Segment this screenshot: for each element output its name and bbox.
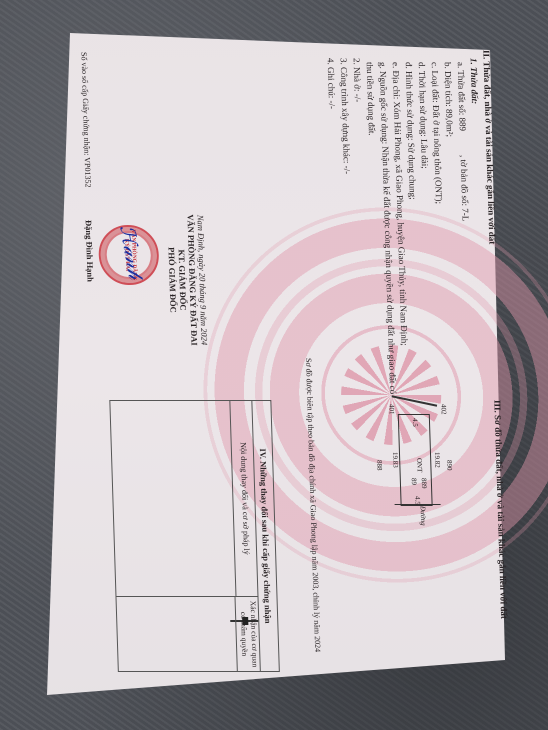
table-divider bbox=[116, 596, 236, 597]
changes-column-confirmation: Xác nhận của cơ quan có thẩm quyền bbox=[235, 597, 261, 671]
parcel-number: 889 bbox=[420, 478, 428, 489]
parcel-area: 89 bbox=[410, 478, 418, 485]
road-label: Đường bbox=[419, 506, 428, 526]
side-left-length: 19.83 bbox=[391, 452, 399, 468]
changes-table: IV. Những thay đổi sau khi cấp giấy chứn… bbox=[109, 400, 280, 672]
plot-diagram: 402 401 4.5 19.82 19.83 ONT 889 89 4.5 8… bbox=[341, 400, 455, 520]
certificate-sheet: II. Thửa đất, nhà ở và tài sản khác gắn … bbox=[0, 0, 548, 730]
parcel-land-type: ONT bbox=[415, 458, 423, 472]
neighbor-right: 890 bbox=[445, 460, 453, 471]
neighbor-top-right: 401 bbox=[387, 404, 395, 415]
certificate-serial: Số vào sổ cấp Giấy chứng nhận: VP01352 bbox=[79, 52, 92, 188]
neighbor-top-left: 402 bbox=[439, 404, 447, 415]
bottom-width: 4.5 bbox=[413, 496, 421, 505]
side-right-length: 19.82 bbox=[433, 452, 441, 468]
section-land-info: II. Thửa đất, nhà ở và tài sản khác gắn … bbox=[323, 50, 503, 394]
signer-name: Đặng Đình Hạnh bbox=[84, 220, 96, 282]
top-width: 4.5 bbox=[411, 418, 419, 427]
neighbor-left: 888 bbox=[375, 460, 383, 471]
certificate-page: II. Thửa đất, nhà ở và tài sản khác gắn … bbox=[70, 40, 520, 680]
signature-block: Nam Định, ngày 20 tháng 9 năm 2024 VĂN P… bbox=[164, 180, 210, 380]
